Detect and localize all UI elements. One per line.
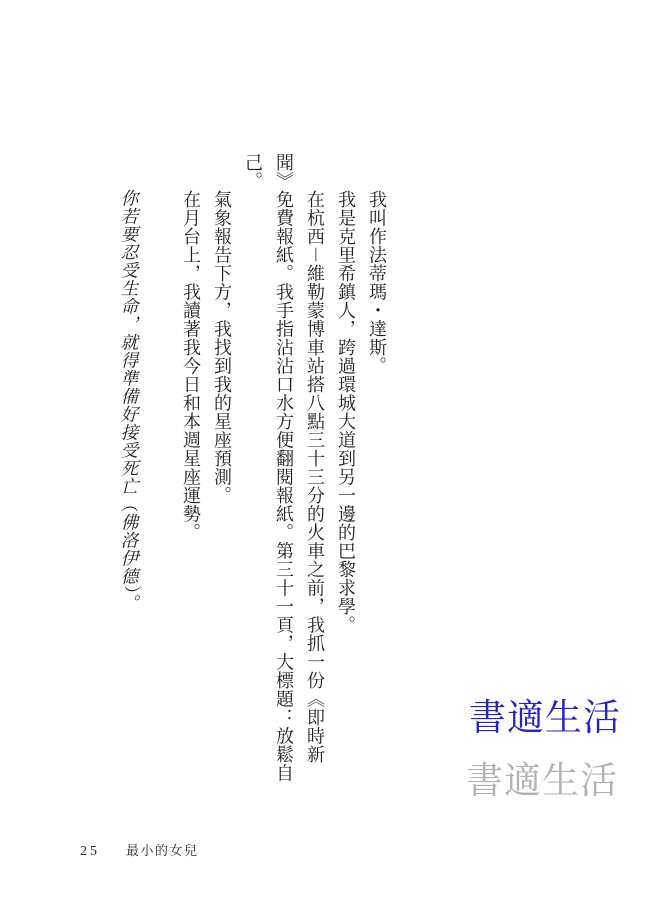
text-column: 在杭西－維勒蒙博車站搭八點三十三分的火車之前，我抓一份《即時新: [299, 153, 330, 764]
watermark-blue: 書適生活: [469, 687, 621, 741]
text-column: 己。: [237, 153, 268, 190]
watermark-gray: 書適生活: [466, 750, 618, 804]
text-column: 聞》免費報紙。我手指沾沾口水方便翻閱報紙。第三十一頁，大標題：放鬆自: [268, 153, 299, 782]
text-column: 我叫作法蒂瑪・達斯。: [361, 153, 392, 375]
book-title: 最小的女兒: [126, 843, 199, 858]
text-column: 氣象報告下方，我找到我的星座預測。: [206, 153, 237, 505]
text-column: 你若要忍受生命，就得準備好接受死亡（佛洛伊德）。: [113, 153, 144, 612]
book-page: 我叫作法蒂瑪・達斯。 我是克里希鎮人，跨過環城大道到另一邊的巴黎求學。 在杭西－…: [0, 0, 645, 923]
page-footer: 25最小的女兒: [80, 840, 199, 860]
page-number: 25: [80, 844, 100, 859]
text-column: 在月台上，我讀著我今日和本週星座運勢。: [175, 153, 206, 542]
text-column: 我是克里希鎮人，跨過環城大道到另一邊的巴黎求學。: [330, 153, 361, 634]
